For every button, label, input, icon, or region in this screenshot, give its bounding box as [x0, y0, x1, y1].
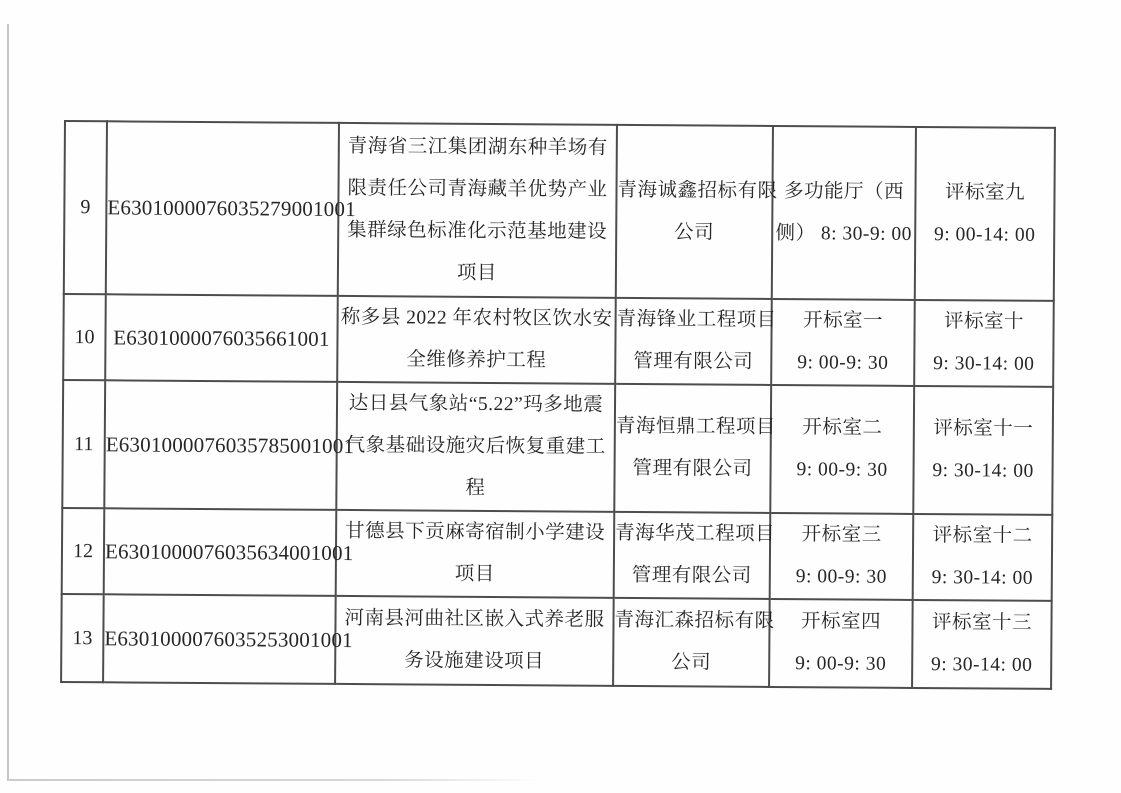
row-number-cell: 12 [62, 508, 105, 594]
project-name-cell: 甘德县下贡麻寄宿制小学建设 项目 [336, 510, 615, 598]
opening-room-cell: 开标室一 9: 00-9: 30 [771, 299, 915, 386]
evaluation-room-cell: 评标室九 9: 00-14: 00 [915, 127, 1055, 301]
scanned-document-page: 9 E6301000076035279001001 青海省三江集团湖东种羊场有 … [0, 0, 1121, 793]
opening-room-cell: 开标室三 9: 00-9: 30 [770, 513, 914, 600]
row-number-cell: 11 [62, 380, 105, 508]
agency-cell: 青海锋业工程项目 管理有限公司 [615, 298, 772, 385]
row-number-cell: 13 [61, 594, 104, 682]
project-code-cell: E6301000076035253001001 [103, 594, 336, 684]
project-name-cell: 河南县河曲社区嵌入式养老服 务设施建设项目 [335, 596, 614, 686]
agency-cell: 青海汇森招标有限 公司 [613, 598, 770, 687]
evaluation-room-cell: 评标室十一 9: 30-14: 00 [913, 386, 1053, 515]
opening-room-cell: 开标室二 9: 00-9: 30 [770, 385, 914, 514]
table-row: 10 E6301000076035661001 称多县 2022 年农村牧区饮水… [63, 294, 1054, 387]
project-code-cell: E6301000076035634001001 [104, 508, 337, 596]
agency-cell: 青海华茂工程项目 管理有限公司 [614, 512, 771, 599]
schedule-table: 9 E6301000076035279001001 青海省三江集团湖东种羊场有 … [60, 120, 1056, 690]
row-number-cell: 10 [63, 294, 106, 380]
evaluation-room-cell: 评标室十三 9: 30-14: 00 [912, 600, 1052, 689]
page-edge-shadow-bottom [8, 779, 540, 781]
project-name-cell: 称多县 2022 年农村牧区饮水安 全维修养护工程 [337, 296, 616, 384]
opening-room-cell: 多功能厅（西 侧） 8: 30-9: 00 [772, 126, 916, 300]
schedule-table-wrapper: 9 E6301000076035279001001 青海省三江集团湖东种羊场有 … [60, 120, 1056, 690]
table-row: 11 E6301000076035785001001 达日县气象站“5.22”玛… [62, 380, 1053, 515]
table-row: 12 E6301000076035634001001 甘德县下贡麻寄宿制小学建设… [62, 508, 1053, 601]
row-number-cell: 9 [64, 121, 107, 294]
project-name-cell: 青海省三江集团湖东种羊场有 限责任公司青海藏羊优势产业 集群绿色标准化示范基地建… [338, 123, 617, 298]
project-code-cell: E6301000076035785001001 [104, 380, 337, 510]
project-name-cell: 达日县气象站“5.22”玛多地震 气象基础设施灾后恢复重建工 程 [336, 382, 615, 512]
opening-room-cell: 开标室四 9: 00-9: 30 [769, 599, 913, 688]
evaluation-room-cell: 评标室十二 9: 30-14: 00 [913, 514, 1053, 601]
page-edge-shadow-left [7, 24, 9, 781]
agency-cell: 青海诚鑫招标有限 公司 [616, 125, 773, 299]
project-code-cell: E6301000076035661001 [105, 294, 338, 382]
table-row: 9 E6301000076035279001001 青海省三江集团湖东种羊场有 … [64, 121, 1055, 301]
evaluation-room-cell: 评标室十 9: 30-14: 00 [914, 300, 1054, 387]
project-code-cell: E6301000076035279001001 [106, 121, 339, 296]
table-row: 13 E6301000076035253001001 河南县河曲社区嵌入式养老服… [61, 594, 1052, 689]
agency-cell: 青海恒鼎工程项目 管理有限公司 [614, 384, 771, 513]
